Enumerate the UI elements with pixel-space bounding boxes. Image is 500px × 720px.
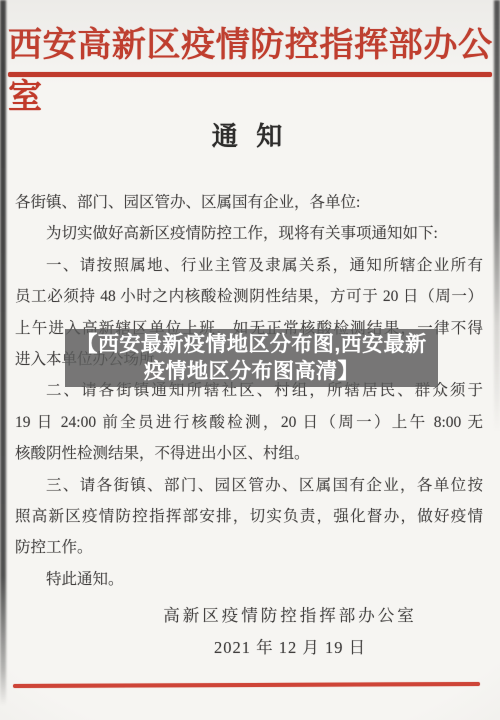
document-photo: 西安高新区疫情防控指挥部办公室 通 知 各街镇、部门、园区管办、区属国有企业，各… [0, 0, 500, 720]
letterhead-rule [8, 72, 492, 77]
body-line: 核酸阴性检测结果，不得进出小区、村组。 [15, 438, 483, 469]
body-line: 三、请各街镇、部门、园区管办、区属国有企业，各单位按 [15, 470, 483, 501]
notice-body: 各街镇、部门、园区管办、区属国有企业，各单位: 为切实做好高新区疫情防控工作，现… [15, 187, 483, 595]
body-line: 特此通知。 [15, 564, 483, 595]
body-line: 各街镇、部门、园区管办、区属国有企业，各单位: [15, 187, 483, 218]
letterhead-title: 西安高新区疫情防控指挥部办公室 [8, 20, 492, 72]
signature-org: 高新区疫情防控指挥部办公室 [90, 601, 490, 631]
body-line: 防控工作。 [15, 532, 483, 563]
body-line: 照高新区疫情防控指挥部安排，切实负责，强化督办，做好疫情 [15, 501, 483, 532]
signature-block: 高新区疫情防控指挥部办公室 2021 年 12 月 19 日 [90, 601, 490, 663]
body-line: 员工必须持 48 小时之内核酸检测阴性结果，方可于 20 日（周一） [15, 281, 483, 312]
watermark-line-1: 【西安最新疫情地区分布图,西安最新 [76, 331, 426, 358]
watermark-line-2: 疫情地区分布图高清】 [144, 358, 359, 385]
notice-title: 通 知 [0, 122, 500, 152]
body-line: 为切实做好高新区疫情防控工作，现将有关事项通知如下: [15, 218, 483, 249]
watermark-caption-overlay: 【西安最新疫情地区分布图,西安最新 疫情地区分布图高清】 [65, 329, 438, 387]
bottom-rule [13, 682, 480, 688]
photo-left-edge-shadow [0, 0, 6, 720]
body-line: 一、请按照属地、行业主管及隶属关系，通知所辖企业所有 [15, 250, 483, 281]
body-line: 19 日 24:00 前全员进行核酸检测，20 日（周一）上午 8:00 无 [15, 407, 483, 438]
signature-date: 2021 年 12 月 19 日 [90, 633, 490, 663]
photo-right-edge-shadow [494, 0, 500, 720]
